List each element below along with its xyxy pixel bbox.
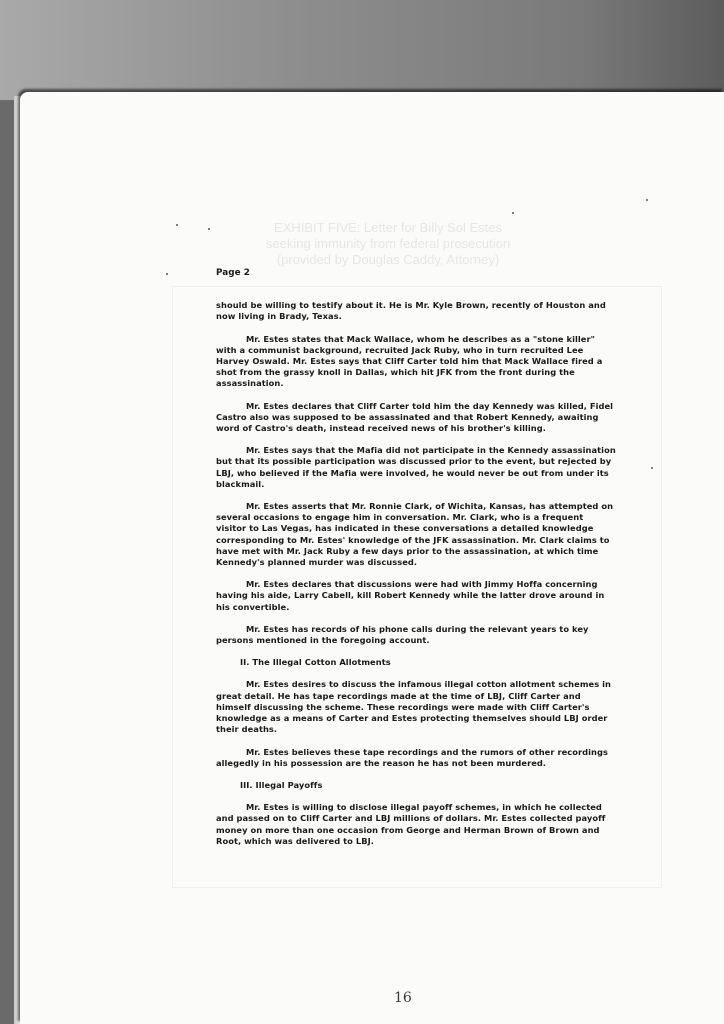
document-body: Page 2 should be willing to testify abou… bbox=[216, 268, 616, 858]
paragraph: Mr. Estes declares that Cliff Carter tol… bbox=[216, 401, 616, 435]
paragraph-list: should be willing to testify about it. H… bbox=[216, 300, 616, 847]
ghost-line: seeking immunity from federal prosecutio… bbox=[238, 236, 538, 252]
show-through-text: EXHIBIT FIVE: Letter for Billy Sol Estes… bbox=[238, 220, 538, 268]
scan-speck bbox=[208, 228, 210, 230]
section-heading: III. Illegal Payoffs bbox=[216, 780, 616, 791]
paragraph: Mr. Estes asserts that Mr. Ronnie Clark,… bbox=[216, 501, 616, 568]
scan-speck bbox=[646, 199, 648, 201]
scan-speck bbox=[176, 224, 178, 226]
section-heading: II. The Illegal Cotton Allotments bbox=[216, 657, 616, 668]
page-number: 16 bbox=[394, 990, 412, 1006]
paragraph: Mr. Estes states that Mack Wallace, whom… bbox=[216, 334, 616, 390]
ghost-line: EXHIBIT FIVE: Letter for Billy Sol Estes bbox=[238, 220, 538, 236]
scan-speck bbox=[166, 273, 168, 275]
paragraph: Mr. Estes has records of his phone calls… bbox=[216, 624, 616, 646]
scan-speck bbox=[651, 467, 653, 469]
paragraph: Mr. Estes believes these tape recordings… bbox=[216, 747, 616, 769]
page-label: Page 2 bbox=[216, 268, 616, 279]
paragraph: should be willing to testify about it. H… bbox=[216, 300, 616, 322]
paragraph: Mr. Estes says that the Mafia did not pa… bbox=[216, 445, 616, 490]
paragraph: Mr. Estes desires to discuss the infamou… bbox=[216, 679, 616, 735]
scan-speck bbox=[512, 212, 514, 214]
ghost-line: (provided by Douglas Caddy, Attorney) bbox=[238, 252, 538, 268]
scanner-background bbox=[0, 0, 724, 100]
paragraph: Mr. Estes is willing to disclose illegal… bbox=[216, 802, 616, 847]
paragraph: Mr. Estes declares that discussions were… bbox=[216, 579, 616, 613]
